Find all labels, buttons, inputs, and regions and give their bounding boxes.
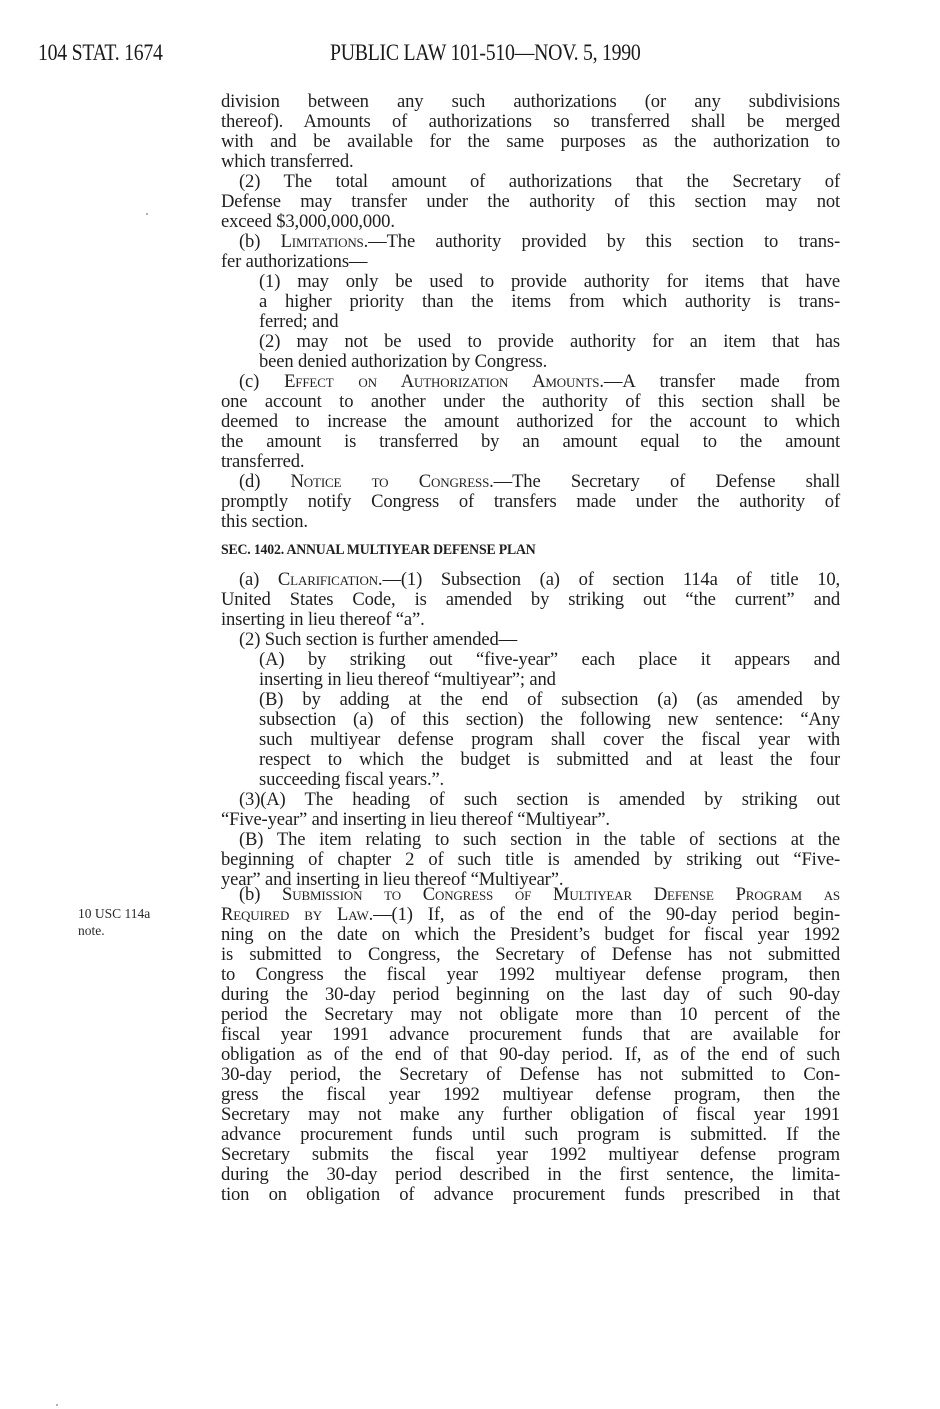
text-line: ning on the date on which the President’… [221,925,840,945]
text-line: (2) The total amount of authorizations t… [221,172,840,192]
text-line: during the 30-day period beginning on th… [221,985,840,1005]
subsection-label: (b) [239,884,282,905]
subsection-heading: Notice to Congress. [291,471,494,492]
text-line: Defense may transfer under the authority… [221,192,840,212]
text-fragment: —(1) If, as of the end of the 90-day per… [373,904,840,925]
text-line: Required by Law.—(1) If, as of the end o… [221,905,840,925]
scan-speck [146,213,148,215]
text-line: inserting in lieu thereof “multiyear”; a… [221,670,840,690]
text-line: (B) The item relating to such section in… [221,830,840,850]
text-line: gress the fiscal year 1992 multiyear def… [221,1085,840,1105]
subsection-label: (c) [239,371,284,392]
continuation-paragraph: division between any such authorizations… [221,92,840,232]
text-fragment: —The authority provided by this section … [368,231,840,252]
text-line: (a) Clarification.—(1) Subsection (a) of… [221,570,840,590]
text-line: (d) Notice to Congress.—The Secretary of… [221,472,840,492]
text-line: United States Code, is amended by striki… [221,590,840,610]
running-head: 104 STAT. 1674 PUBLIC LAW 101-510—NOV. 5… [0,40,940,74]
subsection-notice: (d) Notice to Congress.—The Secretary of… [221,472,840,532]
text-line: a higher priority than the items from wh… [221,292,840,312]
text-line: (B) by adding at the end of subsection (… [221,690,840,710]
text-line: (2) Such section is further amended— [221,630,840,650]
text-line: exceed $3,000,000,000. [221,212,840,232]
margin-note-label: note. [78,922,188,939]
text-line: (b) Submission to Congress of Multiyear … [221,885,840,905]
text-line: transferred. [221,452,840,472]
scan-speck [56,1404,58,1406]
subsection-heading: Submission to Congress of Multiyear Defe… [282,884,840,905]
text-fragment: —A transfer made from [604,371,840,392]
text-line: during the 30-day period described in th… [221,1165,840,1185]
subsection-clarification: (a) Clarification.—(1) Subsection (a) of… [221,570,840,890]
text-line: such multiyear defense program shall cov… [221,730,840,750]
section-heading: SEC. 1402. ANNUAL MULTIYEAR DEFENSE PLAN [221,542,536,559]
text-line: succeeding fiscal years.”. [221,770,840,790]
text-line: fiscal year 1991 advance procurement fun… [221,1025,840,1045]
text-line: the amount is transferred by an amount e… [221,432,840,452]
subsection-heading: Effect on Authorization Amounts. [284,371,604,392]
text-line: “Five-year” and inserting in lieu thereo… [221,810,840,830]
text-line: division between any such authorizations… [221,92,840,112]
subsection-label: (d) [239,471,291,492]
text-line: 30-day period, the Secretary of Defense … [221,1065,840,1085]
text-line: (c) Effect on Authorization Amounts.—A t… [221,372,840,392]
text-line: respect to which the budget is submitted… [221,750,840,770]
text-line: (3)(A) The heading of such section is am… [221,790,840,810]
subsection-heading: Clarification. [278,569,383,590]
stat-page-number: 104 STAT. 1674 [38,40,163,66]
subsection-label: (b) [239,231,281,252]
subsection-effect: (c) Effect on Authorization Amounts.—A t… [221,372,840,472]
text-line: ferred; and [221,312,840,332]
text-line: been denied authorization by Congress. [221,352,840,372]
text-line: which transferred. [221,152,840,172]
subsection-heading: Limitations. [281,231,369,252]
text-line: promptly notify Congress of transfers ma… [221,492,840,512]
text-line: (A) by striking out “five-year” each pla… [221,650,840,670]
margin-note: 10 USC 114a note. [78,905,188,939]
text-line: (b) Limitations.—The authority provided … [221,232,840,252]
text-line: obligation as of the end of that 90-day … [221,1045,840,1065]
text-line: inserting in lieu thereof “a”. [221,610,840,630]
text-fragment: —(1) Subsection (a) of section 114a of t… [382,569,840,590]
text-line: deemed to increase the amount authorized… [221,412,840,432]
text-line: thereof). Amounts of authorizations so t… [221,112,840,132]
subsection-label: (a) [239,569,278,590]
subsection-submission: (b) Submission to Congress of Multiyear … [221,885,840,1205]
margin-note-citation: 10 USC 114a [78,905,188,922]
text-line: (1) may only be used to provide authorit… [221,272,840,292]
text-line: fer authorizations— [221,252,840,272]
subsection-heading-continued: Required by Law. [221,904,373,925]
text-line: this section. [221,512,840,532]
law-citation: PUBLIC LAW 101-510—NOV. 5, 1990 [330,40,641,66]
text-line: with and be available for the same purpo… [221,132,840,152]
text-line: is submitted to Congress, the Secretary … [221,945,840,965]
text-line: beginning of chapter 2 of such title is … [221,850,840,870]
text-line: Secretary may not make any further oblig… [221,1105,840,1125]
text-fragment: —The Secretary of Defense shall [494,471,840,492]
text-line: one account to another under the authori… [221,392,840,412]
text-line: to Congress the fiscal year 1992 multiye… [221,965,840,985]
text-line: advance procurement funds until such pro… [221,1125,840,1145]
text-line: period the Secretary may not obligate mo… [221,1005,840,1025]
text-line: tion on obligation of advance procuremen… [221,1185,840,1205]
text-line: (2) may not be used to provide authority… [221,332,840,352]
text-line: Secretary submits the fiscal year 1992 m… [221,1145,840,1165]
subsection-limitations: (b) Limitations.—The authority provided … [221,232,840,372]
text-line: subsection (a) of this section) the foll… [221,710,840,730]
